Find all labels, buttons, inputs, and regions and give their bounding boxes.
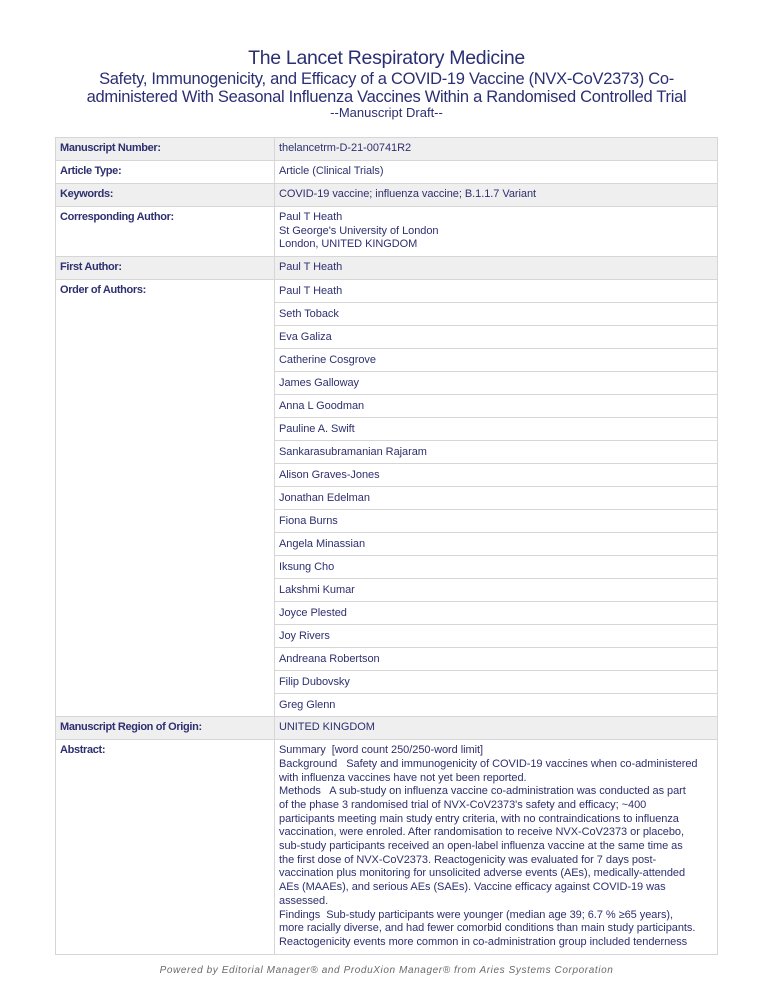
abstract-line: Summary [word count 250/250-word limit] xyxy=(279,744,713,758)
journal-title: The Lancet Respiratory Medicine xyxy=(0,46,773,70)
row-first-author: First Author: Paul T Heath xyxy=(56,257,718,280)
corresponding-author-value: Paul T Heath St George's University of L… xyxy=(275,207,718,257)
manuscript-title-line-2: administered With Seasonal Influenza Vac… xyxy=(0,88,773,106)
corresponding-author-location: London, UNITED KINGDOM xyxy=(279,238,713,252)
author-item: Lakshmi Kumar xyxy=(275,579,717,602)
author-item: Jonathan Edelman xyxy=(275,487,717,510)
manuscript-number-label: Manuscript Number: xyxy=(56,138,275,161)
author-item: Pauline A. Swift xyxy=(275,418,717,441)
author-item: Catherine Cosgrove xyxy=(275,349,717,372)
document-header: The Lancet Respiratory Medicine Safety, … xyxy=(0,46,773,120)
author-item: Filip Dubovsky xyxy=(275,671,717,694)
author-item: Sankarasubramanian Rajaram xyxy=(275,441,717,464)
author-item: Joy Rivers xyxy=(275,625,717,648)
abstract-line: Background Safety and immunogenicity of … xyxy=(279,758,713,772)
draft-label: --Manuscript Draft-- xyxy=(0,106,773,120)
abstract-line: assessed. xyxy=(279,895,713,909)
abstract-line: vaccination, were enroled. After randomi… xyxy=(279,826,713,840)
keywords-value: COVID-19 vaccine; influenza vaccine; B.1… xyxy=(275,184,718,207)
abstract-line: sub-study participants received an open-… xyxy=(279,840,713,854)
author-item: Iksung Cho xyxy=(275,556,717,579)
row-order-of-authors: Order of Authors: Paul T HeathSeth Tobac… xyxy=(56,280,718,717)
corresponding-author-institution: St George's University of London xyxy=(279,225,713,239)
footer-credit: Powered by Editorial Manager® and ProduX… xyxy=(0,965,773,976)
abstract-label: Abstract: xyxy=(56,740,275,955)
corresponding-author-name: Paul T Heath xyxy=(279,211,713,225)
row-keywords: Keywords: COVID-19 vaccine; influenza va… xyxy=(56,184,718,207)
abstract-line: Findings Sub-study participants were you… xyxy=(279,909,713,923)
author-item: Angela Minassian xyxy=(275,533,717,556)
author-item: Fiona Burns xyxy=(275,510,717,533)
first-author-value: Paul T Heath xyxy=(275,257,718,280)
abstract-line: with influenza vaccines have not yet bee… xyxy=(279,772,713,786)
abstract-line: the first dose of NVX-CoV2373. Reactogen… xyxy=(279,854,713,868)
row-region-of-origin: Manuscript Region of Origin: UNITED KING… xyxy=(56,717,718,740)
author-item: James Galloway xyxy=(275,372,717,395)
author-item: Andreana Robertson xyxy=(275,648,717,671)
manuscript-metadata-table: Manuscript Number: thelancetrm-D-21-0074… xyxy=(55,137,718,955)
first-author-label: First Author: xyxy=(56,257,275,280)
manuscript-title-line-1: Safety, Immunogenicity, and Efficacy of … xyxy=(0,70,773,88)
author-item: Greg Glenn xyxy=(275,694,717,716)
order-of-authors-label: Order of Authors: xyxy=(56,280,275,717)
row-corresponding-author: Corresponding Author: Paul T Heath St Ge… xyxy=(56,207,718,257)
author-item: Seth Toback xyxy=(275,303,717,326)
abstract-line: AEs (MAAEs), and serious AEs (SAEs). Vac… xyxy=(279,881,713,895)
region-value: UNITED KINGDOM xyxy=(275,717,718,740)
author-item: Anna L Goodman xyxy=(275,395,717,418)
article-type-label: Article Type: xyxy=(56,161,275,184)
row-article-type: Article Type: Article (Clinical Trials) xyxy=(56,161,718,184)
abstract-line: more racially diverse, and had fewer com… xyxy=(279,922,713,936)
row-abstract: Abstract: Summary [word count 250/250-wo… xyxy=(56,740,718,955)
author-item: Eva Galiza xyxy=(275,326,717,349)
manuscript-number-value: thelancetrm-D-21-00741R2 xyxy=(275,138,718,161)
abstract-text: Summary [word count 250/250-word limit]B… xyxy=(275,740,718,955)
abstract-line: Methods A sub-study on influenza vaccine… xyxy=(279,785,713,799)
abstract-line: vaccination plus monitoring for unsolici… xyxy=(279,867,713,881)
article-type-value: Article (Clinical Trials) xyxy=(275,161,718,184)
author-item: Paul T Heath xyxy=(275,280,717,303)
abstract-line: of the phase 3 randomised trial of NVX-C… xyxy=(279,799,713,813)
author-item: Joyce Plested xyxy=(275,602,717,625)
abstract-line: participants meeting main study entry cr… xyxy=(279,813,713,827)
order-of-authors-list: Paul T HeathSeth TobackEva GalizaCatheri… xyxy=(275,280,718,717)
region-label: Manuscript Region of Origin: xyxy=(56,717,275,740)
abstract-line: Reactogenicity events more common in co-… xyxy=(279,936,713,950)
corresponding-author-label: Corresponding Author: xyxy=(56,207,275,257)
author-item: Alison Graves-Jones xyxy=(275,464,717,487)
row-manuscript-number: Manuscript Number: thelancetrm-D-21-0074… xyxy=(56,138,718,161)
keywords-label: Keywords: xyxy=(56,184,275,207)
